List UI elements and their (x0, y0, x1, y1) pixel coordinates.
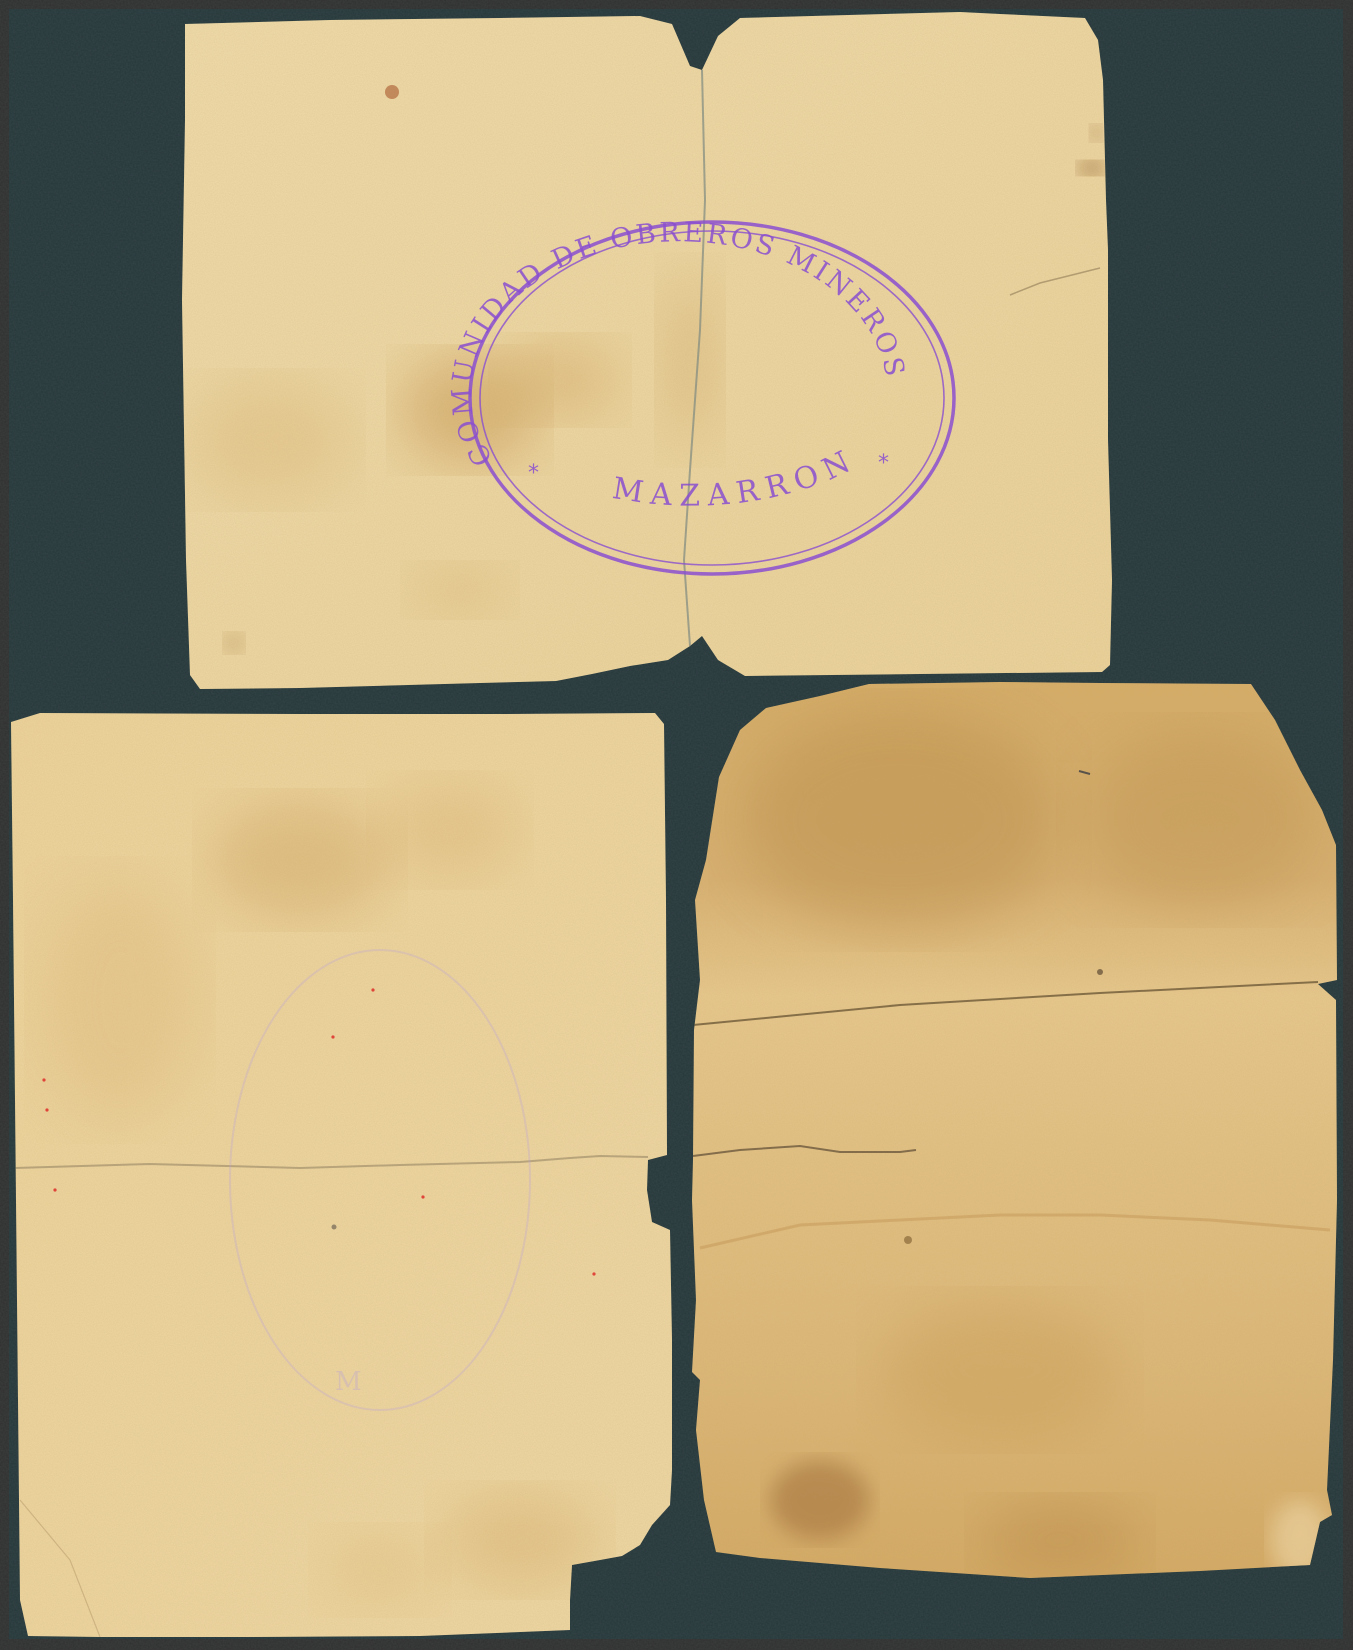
ghost-stamp-text: M (335, 1367, 366, 1397)
bottom-left-note: M (5, 705, 685, 1645)
ink-spot (385, 85, 399, 99)
star-ornament-left: * (528, 461, 539, 486)
top-note: COMUNIDAD DE OBREROS MINEROS MAZARRON * … (180, 10, 1115, 700)
star-ornament-right: * (878, 451, 889, 476)
bottom-right-note (685, 675, 1345, 1585)
banknote-scan: COMUNIDAD DE OBREROS MINEROS MAZARRON * … (0, 0, 1353, 1650)
